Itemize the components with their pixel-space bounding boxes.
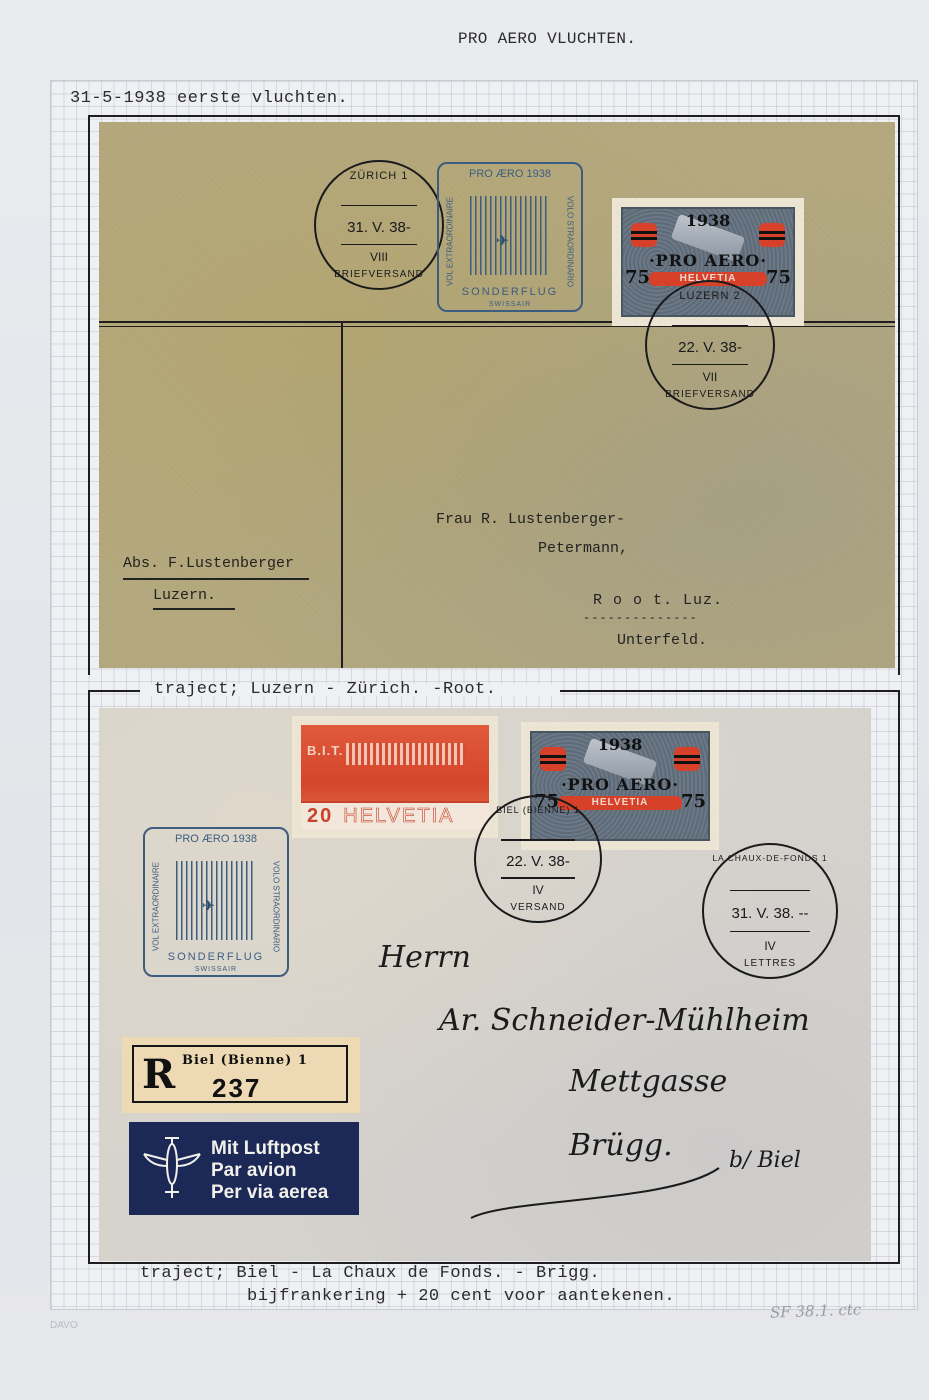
building-illustration xyxy=(346,743,466,765)
postmark-bottom-text: BRIEFVERSAND xyxy=(334,269,424,280)
registration-office: Biel (Bienne) 1 xyxy=(182,1053,308,1068)
stamp-value: 75 xyxy=(766,267,791,288)
divider-line xyxy=(99,326,895,327)
registration-letter: R xyxy=(142,1051,175,1098)
stamp-year: 1938 xyxy=(532,735,708,754)
divider-line xyxy=(341,322,343,668)
postmark-biel: BIEL (BIENNE) 1 22. V. 38- IV VERSAND xyxy=(474,795,602,923)
section-heading: 31-5-1938 eerste vluchten. xyxy=(70,89,348,108)
airplane-icon: ✈ xyxy=(496,231,509,251)
address-name: Ar. Schneider-Mühlheim xyxy=(439,1003,810,1038)
postmark-bar xyxy=(730,890,809,892)
recipient-line-2: Petermann, xyxy=(538,540,628,557)
airmail-text-it: Per via aerea xyxy=(211,1182,328,1204)
postmark-top-text: LA CHAUX-DE-FONDS 1 xyxy=(712,853,827,863)
postmark-top-text: ZÜRICH 1 xyxy=(350,170,409,182)
recipient-dash-line: -------------- xyxy=(583,611,698,625)
postmark-roman: IV xyxy=(764,939,775,953)
stamp-label: B.I.T. xyxy=(307,743,343,758)
postmark-bar xyxy=(730,931,809,933)
postmark-date: 22. V. 38- xyxy=(678,339,742,356)
airmail-text-fr: Par avion xyxy=(211,1160,328,1182)
envelope-1: ZÜRICH 1 31. V. 38- VIII BRIEFVERSAND PR… xyxy=(99,122,895,668)
postmark-bar xyxy=(672,325,748,327)
postmark-roman: VIII xyxy=(370,250,388,264)
airmail-text: Mit Luftpost Par avion Per via aerea xyxy=(211,1138,328,1204)
registration-box: R Biel (Bienne) 1 237 xyxy=(132,1045,348,1103)
route-caption-1: traject; Luzern - Zürich. -Root. xyxy=(154,680,496,699)
postmark-roman: IV xyxy=(532,883,543,897)
postmark-date: 31. V. 38. -- xyxy=(732,905,809,922)
stamp-value: 75 xyxy=(681,791,706,812)
postmark-bar xyxy=(341,244,417,246)
underline xyxy=(153,608,235,610)
album-brand-mark: DAVO xyxy=(50,1320,78,1331)
postmark-top-text: BIEL (BIENNE) 1 xyxy=(496,805,580,815)
postmark-roman: VII xyxy=(703,370,718,384)
postmark-bottom-text: BRIEFVERSAND xyxy=(665,389,755,400)
cachet-bottom: SONDERFLUG xyxy=(145,951,287,963)
address-note: b/ Biel xyxy=(729,1148,801,1173)
cachet-top: PRO ÆRO 1938 xyxy=(145,833,287,845)
postmark-bar xyxy=(341,205,417,207)
postmark-date: 31. V. 38- xyxy=(347,219,411,236)
route-caption-2: traject; Biel - La Chaux de Fonds. - Bri… xyxy=(140,1264,600,1283)
page-title: PRO AERO VLUCHTEN. xyxy=(458,30,636,48)
recipient-line-4: Unterfeld. xyxy=(617,632,707,649)
stamp-value: 20 xyxy=(307,805,333,828)
postmark-bottom-text: LETTRES xyxy=(744,958,796,969)
sender-city: Luzern. xyxy=(153,587,216,604)
franking-note: bijfrankering + 20 cent voor aantekenen. xyxy=(247,1287,675,1306)
postmark-bar xyxy=(501,839,575,841)
cachet-sub: SWISSAIR xyxy=(145,966,287,973)
pencil-catalog-note: SF 38.1. ctc xyxy=(770,1300,862,1321)
address-salutation: Herrn xyxy=(379,940,471,975)
cachet-bottom: SONDERFLUG xyxy=(439,286,581,298)
registration-number: 237 xyxy=(212,1073,261,1104)
registration-label: R Biel (Bienne) 1 237 xyxy=(122,1037,360,1113)
album-page: PRO AERO VLUCHTEN. 31-5-1938 eerste vluc… xyxy=(0,0,929,1400)
postmark-luzern: LUZERN 2 22. V. 38- VII BRIEFVERSAND xyxy=(645,280,775,410)
postmark-la-chaux-de-fonds: LA CHAUX-DE-FONDS 1 31. V. 38. -- IV LET… xyxy=(702,843,838,979)
underline xyxy=(123,578,309,580)
pro-aero-cachet: PRO ÆRO 1938 VOL EXTRAORDINAIRE VOLO STR… xyxy=(437,162,583,312)
recipient-line-1: Frau R. Lustenberger- xyxy=(436,511,625,528)
cachet-lines xyxy=(176,861,256,940)
handwritten-flourish xyxy=(469,1148,729,1228)
airplane-icon: ✈ xyxy=(202,896,215,916)
airmail-text-de: Mit Luftpost xyxy=(211,1138,328,1160)
cachet-sub: SWISSAIR xyxy=(439,301,581,308)
cachet-top: PRO ÆRO 1938 xyxy=(439,168,581,180)
airplane-icon xyxy=(141,1130,203,1202)
cachet-lines xyxy=(470,196,550,275)
address-street: Mettgasse xyxy=(569,1064,727,1099)
postmark-bar xyxy=(501,877,575,879)
stamp-footer: 20 HELVETIA xyxy=(301,801,489,829)
stamp-country: HELVETIA xyxy=(343,805,454,828)
postmark-zurich: ZÜRICH 1 31. V. 38- VIII BRIEFVERSAND xyxy=(314,160,444,290)
postmark-date: 22. V. 38- xyxy=(506,853,570,870)
pro-aero-cachet: PRO ÆRO 1938 VOL EXTRAORDINAIRE VOLO STR… xyxy=(143,827,289,977)
recipient-line-3: R o o t. Luz. xyxy=(593,592,723,609)
postmark-bottom-text: VERSAND xyxy=(510,902,565,913)
stamp-value: 75 xyxy=(625,267,650,288)
postmark-bar xyxy=(672,364,748,366)
stamp-year: 1938 xyxy=(623,211,793,230)
sender-name: Abs. F.Lustenberger xyxy=(123,555,294,572)
postmark-top-text: LUZERN 2 xyxy=(679,290,740,302)
bit-stamp: B.I.T. 20 HELVETIA xyxy=(292,716,498,838)
airmail-label: Mit Luftpost Par avion Per via aerea xyxy=(129,1122,359,1215)
